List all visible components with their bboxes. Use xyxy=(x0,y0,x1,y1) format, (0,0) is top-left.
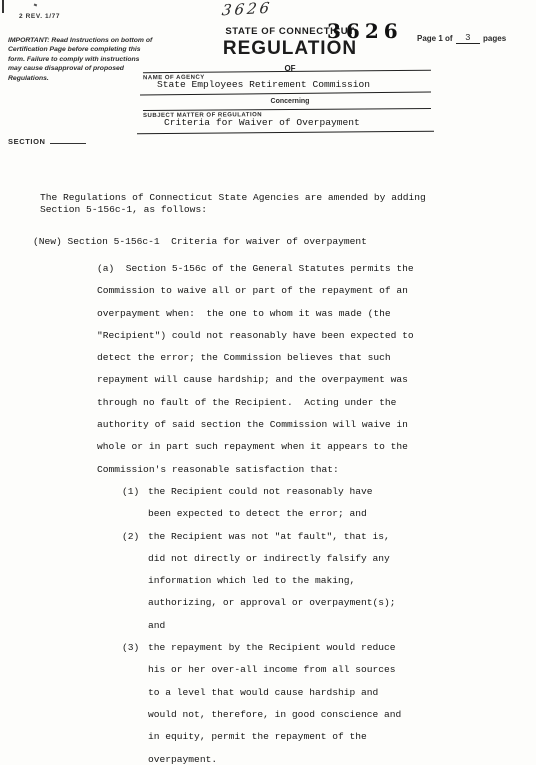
page-count-field: Page 1 of 3 pages xyxy=(417,34,506,45)
list-item-number: (3) xyxy=(122,637,148,659)
agency-underline xyxy=(140,91,431,95)
form-revision-label: 2 REV. 1/77 xyxy=(19,13,60,20)
list-item-text: the Recipient was not "at fault", that i… xyxy=(148,526,396,637)
handwritten-docket-number: 3626 xyxy=(221,0,273,19)
section-field: SECTION xyxy=(8,135,86,146)
section-blank-line xyxy=(50,135,86,144)
subject-value: Criteria for Waiver of Overpayment xyxy=(164,117,360,128)
regulation-form-page: 3626 2 REV. 1/77 IMPORTANT: Read Instruc… xyxy=(0,0,536,765)
list-item-text: the repayment by the Recipient would red… xyxy=(148,637,401,765)
list-item-text: the Recipient could not reasonably have … xyxy=(148,481,373,526)
concerning-label: Concerning xyxy=(240,98,340,105)
agency-name-value: State Employees Retirement Commission xyxy=(157,79,370,90)
page-count-prefix: Page 1 of xyxy=(417,34,453,43)
amendment-intro-paragraph: The Regulations of Connecticut State Age… xyxy=(40,192,426,215)
page-count-value: 3 xyxy=(456,33,480,44)
list-item: (1) the Recipient could not reasonably h… xyxy=(122,481,462,526)
page-count-suffix: pages xyxy=(483,34,506,43)
section-label: SECTION xyxy=(8,137,46,146)
list-item-number: (2) xyxy=(122,526,148,548)
scan-artifact xyxy=(2,0,4,13)
paragraph-a: (a) Section 5-156c of the General Statut… xyxy=(97,258,437,481)
subject-underline xyxy=(137,131,434,135)
list-item: (2) the Recipient was not "at fault", th… xyxy=(122,526,462,637)
list-item-number: (1) xyxy=(122,481,148,503)
new-section-heading: (New) Section 5-156c-1 Criteria for waiv… xyxy=(33,236,367,247)
criteria-list: (1) the Recipient could not reasonably h… xyxy=(122,481,462,765)
scan-artifact xyxy=(34,4,37,6)
list-item: (3) the repayment by the Recipient would… xyxy=(122,637,462,765)
stamped-regulation-number: 3626 xyxy=(327,19,403,43)
